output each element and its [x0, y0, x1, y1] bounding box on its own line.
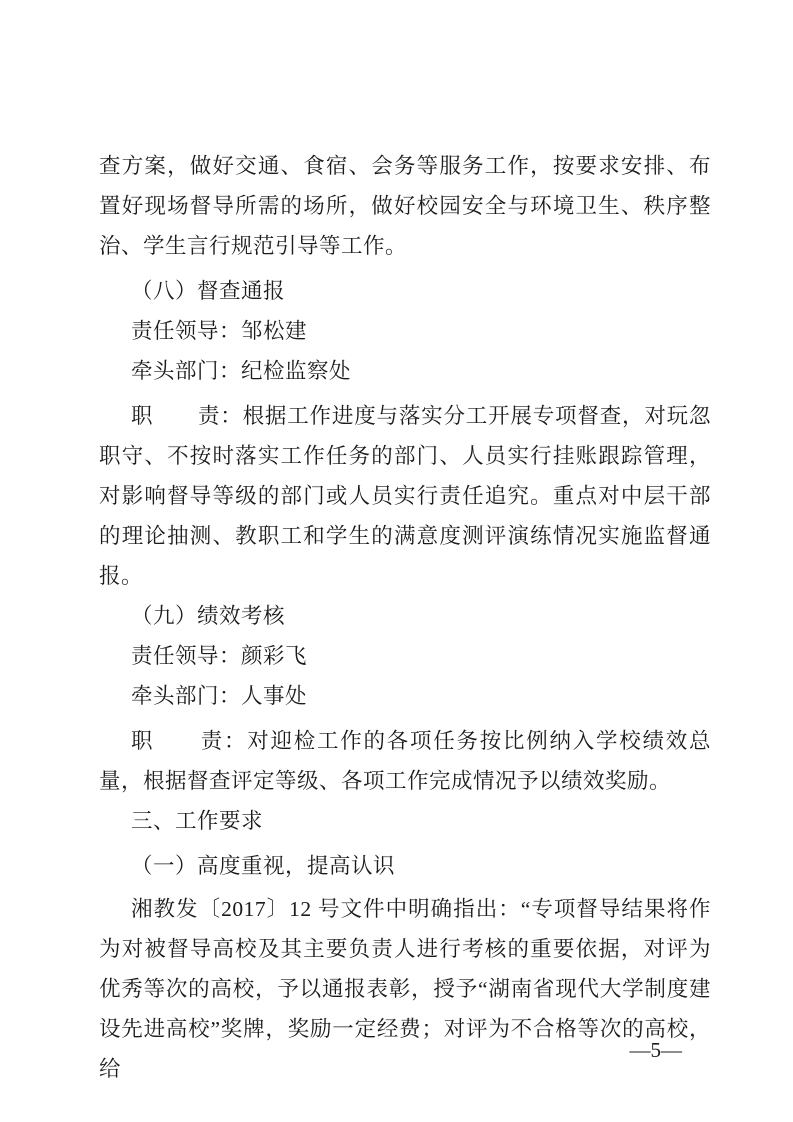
paragraph: 湘教发〔2017〕12 号文件中明确指出：“专项督导结果将作为对被督导高校及其主…: [99, 889, 711, 1089]
responsible-leader-line: 责任领导：颜彩飞: [99, 636, 711, 676]
duty-paragraph: 职 责：根据工作进度与落实分工开展专项督查，对玩忽职守、不按时落实工作任务的部门…: [99, 396, 711, 596]
subsection-heading-1-attach-importance: （一）高度重视，提高认识: [99, 846, 711, 886]
duty-paragraph: 职 责：对迎检工作的各项任务按比例纳入学校绩效总量，根据督查评定等级、各项工作完…: [99, 721, 711, 801]
responsible-leader-line: 责任领导：邹松建: [99, 311, 711, 351]
lead-department-line: 牵头部门：人事处: [99, 676, 711, 716]
page-number: —5—: [630, 1038, 683, 1062]
document-body: 查方案，做好交通、食宿、会务等服务工作，按要求安排、布置好现场督导所需的场所，做…: [99, 146, 711, 1089]
paragraph-continuation: 查方案，做好交通、食宿、会务等服务工作，按要求安排、布置好现场督导所需的场所，做…: [99, 146, 711, 266]
section-heading-9-performance-assessment: （九）绩效考核: [99, 596, 711, 636]
lead-department-line: 牵头部门：纪检监察处: [99, 351, 711, 391]
part-heading-3-work-requirements: 三、工作要求: [99, 801, 711, 841]
document-page: 查方案，做好交通、食宿、会务等服务工作，按要求安排、布置好现场督导所需的场所，做…: [0, 0, 793, 1122]
section-heading-8-inspection-report: （八）督查通报: [99, 271, 711, 311]
